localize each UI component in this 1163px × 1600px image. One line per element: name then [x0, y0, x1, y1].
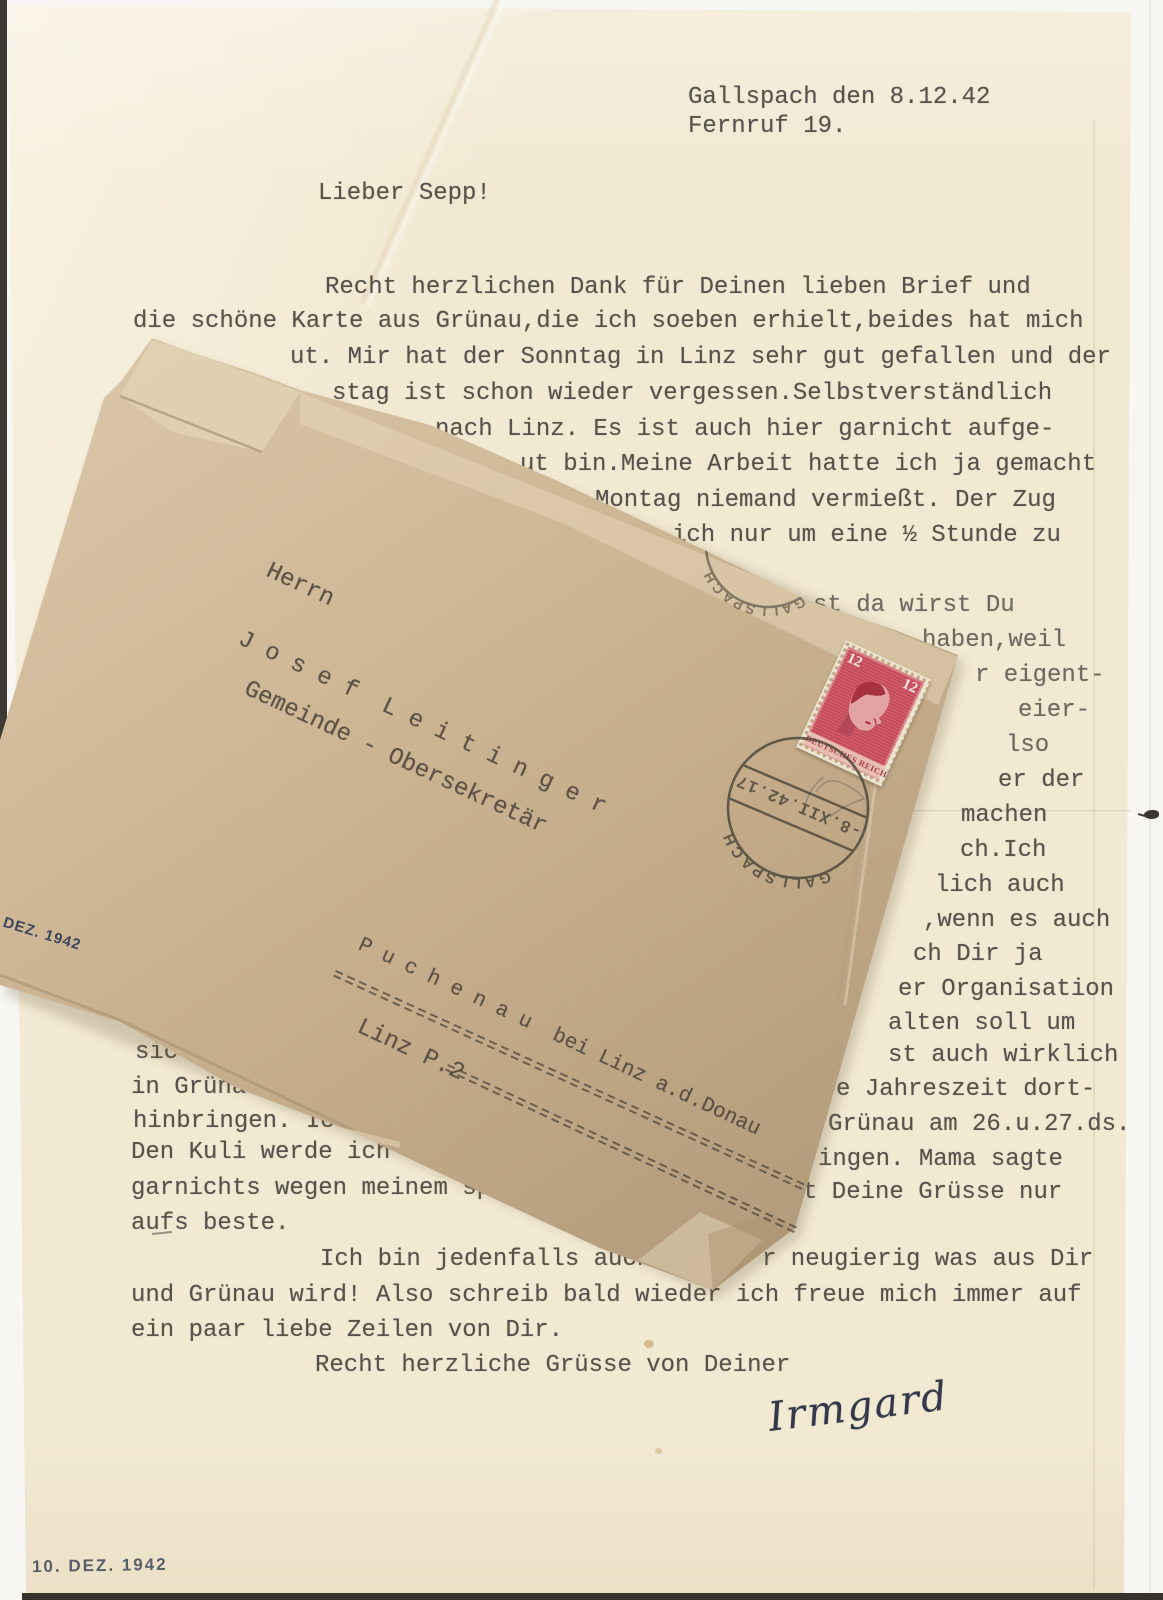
- scanned-document: Gallspach den 8.12.42 Fernruf 19. Lieber…: [0, 0, 1163, 1600]
- portrait-icon: [827, 666, 905, 753]
- scan-edge: [22, 1593, 1163, 1600]
